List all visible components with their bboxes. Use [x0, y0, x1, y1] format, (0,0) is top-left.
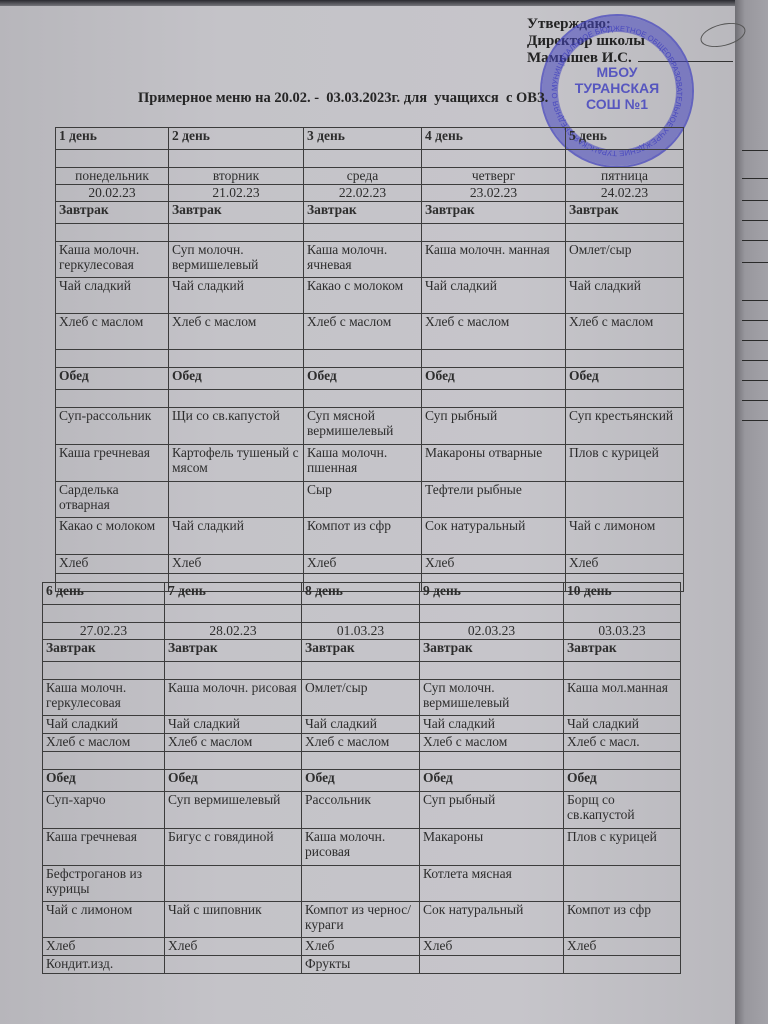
meal-label: Обед: [564, 770, 681, 792]
blank-cell: [56, 150, 169, 168]
dish: Омлет/сыр: [302, 680, 420, 716]
dish: Чай с лимоном: [566, 518, 684, 555]
blank-cell: [564, 662, 681, 680]
meal-label: Завтрак: [302, 640, 420, 662]
dish: Чай сладкий: [56, 278, 169, 314]
day-header-row: 6 день7 день8 день9 день10 день: [43, 583, 681, 605]
dish: Рассольник: [302, 792, 420, 829]
date: 22.02.23: [304, 185, 422, 202]
meal-label: Обед: [420, 770, 564, 792]
blank-row: [43, 605, 681, 623]
dish: Плов с курицей: [566, 445, 684, 482]
lunch-item-row: ХлебХлебХлебХлебХлеб: [56, 555, 684, 574]
dish: Хлеб с маслом: [43, 734, 165, 752]
date: 21.02.23: [169, 185, 304, 202]
lunch-item-row: Каша гречневаяКартофель тушеный с мясомК…: [56, 445, 684, 482]
dish: Сок натуральный: [420, 902, 564, 938]
blank-cell: [56, 350, 169, 368]
lunch-header-row: ОбедОбедОбедОбедОбед: [43, 770, 681, 792]
adjacent-page-rule: [742, 178, 768, 179]
dish: Хлеб с маслом: [56, 314, 169, 350]
page-title: Примерное меню на 20.02. - 03.03.2023г. …: [138, 90, 548, 107]
dish: Суп молочн. вермишелевый: [420, 680, 564, 716]
blank-cell: [422, 224, 566, 242]
weekday: понедельник: [56, 168, 169, 185]
meal-label: Обед: [566, 368, 684, 390]
breakfast-item-row: Чай сладкийЧай сладкийКакао с молокомЧай…: [56, 278, 684, 314]
blank-cell: [165, 605, 302, 623]
dish: Чай сладкий: [566, 278, 684, 314]
dish: Хлеб: [304, 555, 422, 574]
blank-row: [56, 224, 684, 242]
dish: Какао с молоком: [304, 278, 422, 314]
dish: Хлеб с маслом: [304, 314, 422, 350]
dish: Каша гречневая: [43, 829, 165, 866]
adjacent-page-rule: [742, 380, 768, 381]
dish: Суп молочн. вермишелевый: [169, 242, 304, 278]
dish: [566, 482, 684, 518]
blank-row: [56, 150, 684, 168]
dish: Плов с курицей: [564, 829, 681, 866]
dish: Каша молочн. геркулесовая: [43, 680, 165, 716]
meal-label: Завтрак: [564, 640, 681, 662]
adjacent-page-rule: [742, 300, 768, 301]
meal-label: Обед: [304, 368, 422, 390]
dish: Каша молочн. манная: [422, 242, 566, 278]
dish: Компот из сфр: [304, 518, 422, 555]
dish: [564, 866, 681, 902]
blank-cell: [43, 662, 165, 680]
date: 01.03.23: [302, 623, 420, 640]
dish: Хлеб с масл.: [564, 734, 681, 752]
date-row: 20.02.2321.02.2322.02.2323.02.2324.02.23: [56, 185, 684, 202]
day-number: 10 день: [564, 583, 681, 605]
dish: Чай сладкий: [43, 716, 165, 734]
dish: Сок натуральный: [422, 518, 566, 555]
meal-label: Обед: [165, 770, 302, 792]
dish: Бигус с говядиной: [165, 829, 302, 866]
blank-cell: [566, 224, 684, 242]
dish: Борщ со св.капустой: [564, 792, 681, 829]
day-number: 5 день: [566, 128, 684, 150]
dish: [165, 956, 302, 974]
meal-label: Завтрак: [56, 202, 169, 224]
blank-cell: [302, 752, 420, 770]
meal-label: Завтрак: [165, 640, 302, 662]
blank-cell: [169, 224, 304, 242]
dish: Тефтели рыбные: [422, 482, 566, 518]
dish: [420, 956, 564, 974]
blank-cell: [304, 224, 422, 242]
meal-label: Завтрак: [420, 640, 564, 662]
blank-cell: [566, 350, 684, 368]
weekday: среда: [304, 168, 422, 185]
blank-cell: [165, 752, 302, 770]
dish: [564, 956, 681, 974]
lunch-item-row: Сарделька отварнаяСырТефтели рыбные: [56, 482, 684, 518]
blank-row: [56, 350, 684, 368]
blank-cell: [304, 350, 422, 368]
date-row: 27.02.2328.02.2301.03.2302.03.2303.03.23: [43, 623, 681, 640]
meal-label: Завтрак: [43, 640, 165, 662]
dish: Каша молочн. рисовая: [165, 680, 302, 716]
weekday: четверг: [422, 168, 566, 185]
adjacent-page-rule: [742, 360, 768, 361]
weekday-row: понедельниквторниксредачетвергпятница: [56, 168, 684, 185]
dish: Каша молочн. геркулесовая: [56, 242, 169, 278]
adjacent-page-edge: [735, 0, 768, 1024]
blank-cell: [420, 662, 564, 680]
stamp-center-text: МБОУ ТУРАНСКАЯ СОШ №1: [542, 64, 692, 112]
dish: Чай сладкий: [420, 716, 564, 734]
dish: Каша молочн. пшенная: [304, 445, 422, 482]
lunch-item-row: Суп-харчоСуп вермишелевыйРассольникСуп р…: [43, 792, 681, 829]
dish: Хлеб с маслом: [566, 314, 684, 350]
day-number: 2 день: [169, 128, 304, 150]
dish: [169, 482, 304, 518]
dish: Чай сладкий: [564, 716, 681, 734]
dish: Суп-харчо: [43, 792, 165, 829]
lunch-item-row: Бефстроганов из курицыКотлета мясная: [43, 866, 681, 902]
dish: Хлеб: [56, 555, 169, 574]
blank-cell: [564, 752, 681, 770]
dish: Щи со св.капустой: [169, 408, 304, 445]
weekday: пятница: [566, 168, 684, 185]
blank-cell: [304, 150, 422, 168]
dish: Чай сладкий: [165, 716, 302, 734]
dish: Каша молочн. рисовая: [302, 829, 420, 866]
blank-cell: [422, 150, 566, 168]
blank-cell: [422, 350, 566, 368]
breakfast-item-row: Каша молочн. геркулесоваяКаша молочн. ри…: [43, 680, 681, 716]
meal-label: Завтрак: [422, 202, 566, 224]
weekday: вторник: [169, 168, 304, 185]
dish: Суп мясной вермишелевый: [304, 408, 422, 445]
blank-cell: [304, 390, 422, 408]
date: 23.02.23: [422, 185, 566, 202]
dish: Чай сладкий: [302, 716, 420, 734]
blank-cell: [302, 662, 420, 680]
dish: Каша мол.манная: [564, 680, 681, 716]
blank-cell: [422, 390, 566, 408]
dish: Хлеб: [165, 938, 302, 956]
dish: Какао с молоком: [56, 518, 169, 555]
blank-cell: [43, 752, 165, 770]
blank-cell: [420, 752, 564, 770]
dish: [302, 866, 420, 902]
day-number: 7 день: [165, 583, 302, 605]
dish: [165, 866, 302, 902]
dish: Хлеб: [169, 555, 304, 574]
blank-row: [43, 752, 681, 770]
day-number: 6 день: [43, 583, 165, 605]
lunch-item-row: Кондит.изд.Фрукты: [43, 956, 681, 974]
dish: Хлеб: [564, 938, 681, 956]
dish: Кондит.изд.: [43, 956, 165, 974]
dish: Хлеб с маслом: [420, 734, 564, 752]
dish: Суп-рассольник: [56, 408, 169, 445]
dish: Бефстроганов из курицы: [43, 866, 165, 902]
day-header-row: 1 день2 день3 день4 день5 день: [56, 128, 684, 150]
blank-cell: [564, 605, 681, 623]
dish: Хлеб с маслом: [422, 314, 566, 350]
dish: Каша гречневая: [56, 445, 169, 482]
dish: Чай сладкий: [169, 518, 304, 555]
dish: Чай сладкий: [169, 278, 304, 314]
adjacent-page-rule: [742, 420, 768, 421]
blank-row: [56, 390, 684, 408]
breakfast-header-row: ЗавтракЗавтракЗавтракЗавтракЗавтрак: [56, 202, 684, 224]
dish: Компот из чернос/кураги: [302, 902, 420, 938]
adjacent-page-rule: [742, 220, 768, 221]
adjacent-page-rule: [742, 200, 768, 201]
meal-label: Обед: [43, 770, 165, 792]
adjacent-page-rule: [742, 240, 768, 241]
breakfast-item-row: Каша молочн. геркулесоваяСуп молочн. вер…: [56, 242, 684, 278]
dish: Хлеб: [420, 938, 564, 956]
dish: Суп рыбный: [420, 792, 564, 829]
adjacent-page-rule: [742, 320, 768, 321]
dish: Чай сладкий: [422, 278, 566, 314]
blank-cell: [56, 224, 169, 242]
lunch-item-row: Каша гречневаяБигус с говядинойКаша моло…: [43, 829, 681, 866]
date: 02.03.23: [420, 623, 564, 640]
dish: Сарделька отварная: [56, 482, 169, 518]
dish: Хлеб: [43, 938, 165, 956]
breakfast-item-row: Хлеб с масломХлеб с масломХлеб с масломХ…: [43, 734, 681, 752]
menu-table-week2: 6 день7 день8 день9 день10 день27.02.232…: [42, 582, 681, 974]
blank-cell: [165, 662, 302, 680]
date: 28.02.23: [165, 623, 302, 640]
dish: Компот из сфр: [564, 902, 681, 938]
lunch-item-row: Чай с лимономЧай с шиповникКомпот из чер…: [43, 902, 681, 938]
date: 27.02.23: [43, 623, 165, 640]
blank-cell: [169, 150, 304, 168]
dish: Хлеб с маслом: [302, 734, 420, 752]
blank-row: [43, 662, 681, 680]
day-number: 3 день: [304, 128, 422, 150]
breakfast-item-row: Хлеб с масломХлеб с масломХлеб с масломХ…: [56, 314, 684, 350]
dish: Хлеб: [422, 555, 566, 574]
dish: Макароны: [420, 829, 564, 866]
meal-label: Обед: [56, 368, 169, 390]
dish: Суп крестьянский: [566, 408, 684, 445]
dish: Хлеб с маслом: [169, 314, 304, 350]
day-number: 8 день: [302, 583, 420, 605]
day-number: 4 день: [422, 128, 566, 150]
date: 03.03.23: [564, 623, 681, 640]
blank-cell: [43, 605, 165, 623]
meal-label: Завтрак: [169, 202, 304, 224]
lunch-item-row: ХлебХлебХлебХлебХлеб: [43, 938, 681, 956]
dish: Котлета мясная: [420, 866, 564, 902]
lunch-header-row: ОбедОбедОбедОбедОбед: [56, 368, 684, 390]
lunch-item-row: Какао с молокомЧай сладкийКомпот из сфрС…: [56, 518, 684, 555]
meal-label: Завтрак: [566, 202, 684, 224]
breakfast-header-row: ЗавтракЗавтракЗавтракЗавтракЗавтрак: [43, 640, 681, 662]
meal-label: Обед: [302, 770, 420, 792]
date: 24.02.23: [566, 185, 684, 202]
dish: Суп рыбный: [422, 408, 566, 445]
meal-label: Обед: [422, 368, 566, 390]
blank-cell: [566, 150, 684, 168]
dish: Чай с лимоном: [43, 902, 165, 938]
blank-cell: [169, 350, 304, 368]
meal-label: Завтрак: [304, 202, 422, 224]
dish: Хлеб: [302, 938, 420, 956]
blank-cell: [420, 605, 564, 623]
adjacent-page-rule: [742, 150, 768, 151]
dish: Омлет/сыр: [566, 242, 684, 278]
day-number: 1 день: [56, 128, 169, 150]
adjacent-page-rule: [742, 262, 768, 263]
dish: Хлеб: [566, 555, 684, 574]
blank-cell: [56, 390, 169, 408]
date: 20.02.23: [56, 185, 169, 202]
dish: Фрукты: [302, 956, 420, 974]
adjacent-page-rule: [742, 400, 768, 401]
dish: Сыр: [304, 482, 422, 518]
blank-cell: [566, 390, 684, 408]
dish: Чай с шиповник: [165, 902, 302, 938]
adjacent-page-rule: [742, 340, 768, 341]
dish: Суп вермишелевый: [165, 792, 302, 829]
meal-label: Обед: [169, 368, 304, 390]
day-number: 9 день: [420, 583, 564, 605]
dish: Хлеб с маслом: [165, 734, 302, 752]
dish: Макароны отварные: [422, 445, 566, 482]
lunch-item-row: Суп-рассольникЩи со св.капустойСуп мясно…: [56, 408, 684, 445]
blank-cell: [302, 605, 420, 623]
dish: Каша молочн. ячневая: [304, 242, 422, 278]
breakfast-item-row: Чай сладкийЧай сладкийЧай сладкийЧай сла…: [43, 716, 681, 734]
menu-table-week1: 1 день2 день3 день4 день5 деньпонедельни…: [55, 127, 684, 592]
blank-cell: [169, 390, 304, 408]
dish: Картофель тушеный с мясом: [169, 445, 304, 482]
